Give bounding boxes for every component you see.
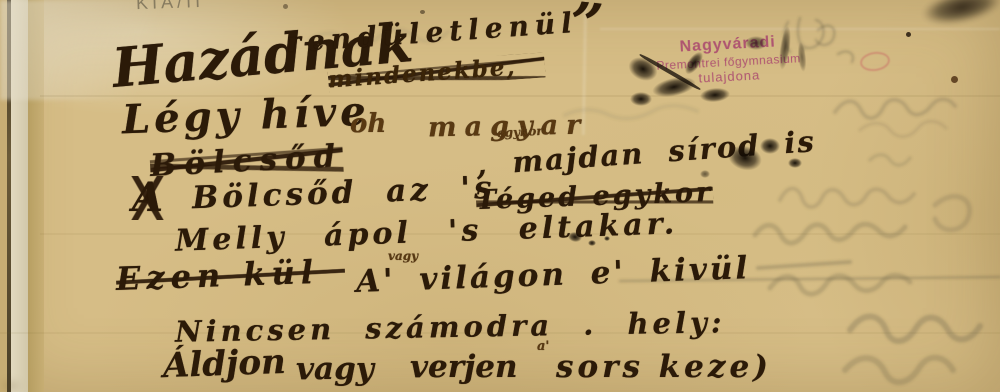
ink-speck xyxy=(906,32,911,37)
ink-speck xyxy=(420,10,425,14)
poem-line8-b: vagy xyxy=(296,352,374,386)
ink-blot xyxy=(700,170,710,178)
poem-line6-struck-words: Ezen kül xyxy=(115,254,345,297)
ink-blot xyxy=(588,240,596,246)
ink-speck xyxy=(283,4,288,9)
poem-line8-small-word: a' xyxy=(537,340,549,354)
poem-line4-crossed-letter: A xyxy=(126,176,169,220)
ink-speck xyxy=(951,76,958,83)
poem-line8-c: verjen xyxy=(410,350,518,384)
poem-line8-a: Áldjon xyxy=(162,344,286,386)
ink-blot xyxy=(760,138,780,154)
poem-line2-a: Légy híve xyxy=(121,90,370,143)
ink-blot xyxy=(630,92,652,106)
poem-line2-b: oh xyxy=(350,110,386,139)
ink-blot xyxy=(788,158,802,168)
poem-line8-d: sors keze) xyxy=(556,350,772,384)
pencil-shelfmark: KIA/II xyxy=(136,0,205,14)
ink-blot xyxy=(604,236,610,241)
poem-line1-flourish-mark: ” xyxy=(567,0,605,57)
poem-line3-inserted-small-word: egykor xyxy=(497,125,543,141)
ink-blot xyxy=(745,36,767,50)
manuscript-page: KIA/II Hazádnak mindenekbe, rendületlenü… xyxy=(0,0,1000,392)
